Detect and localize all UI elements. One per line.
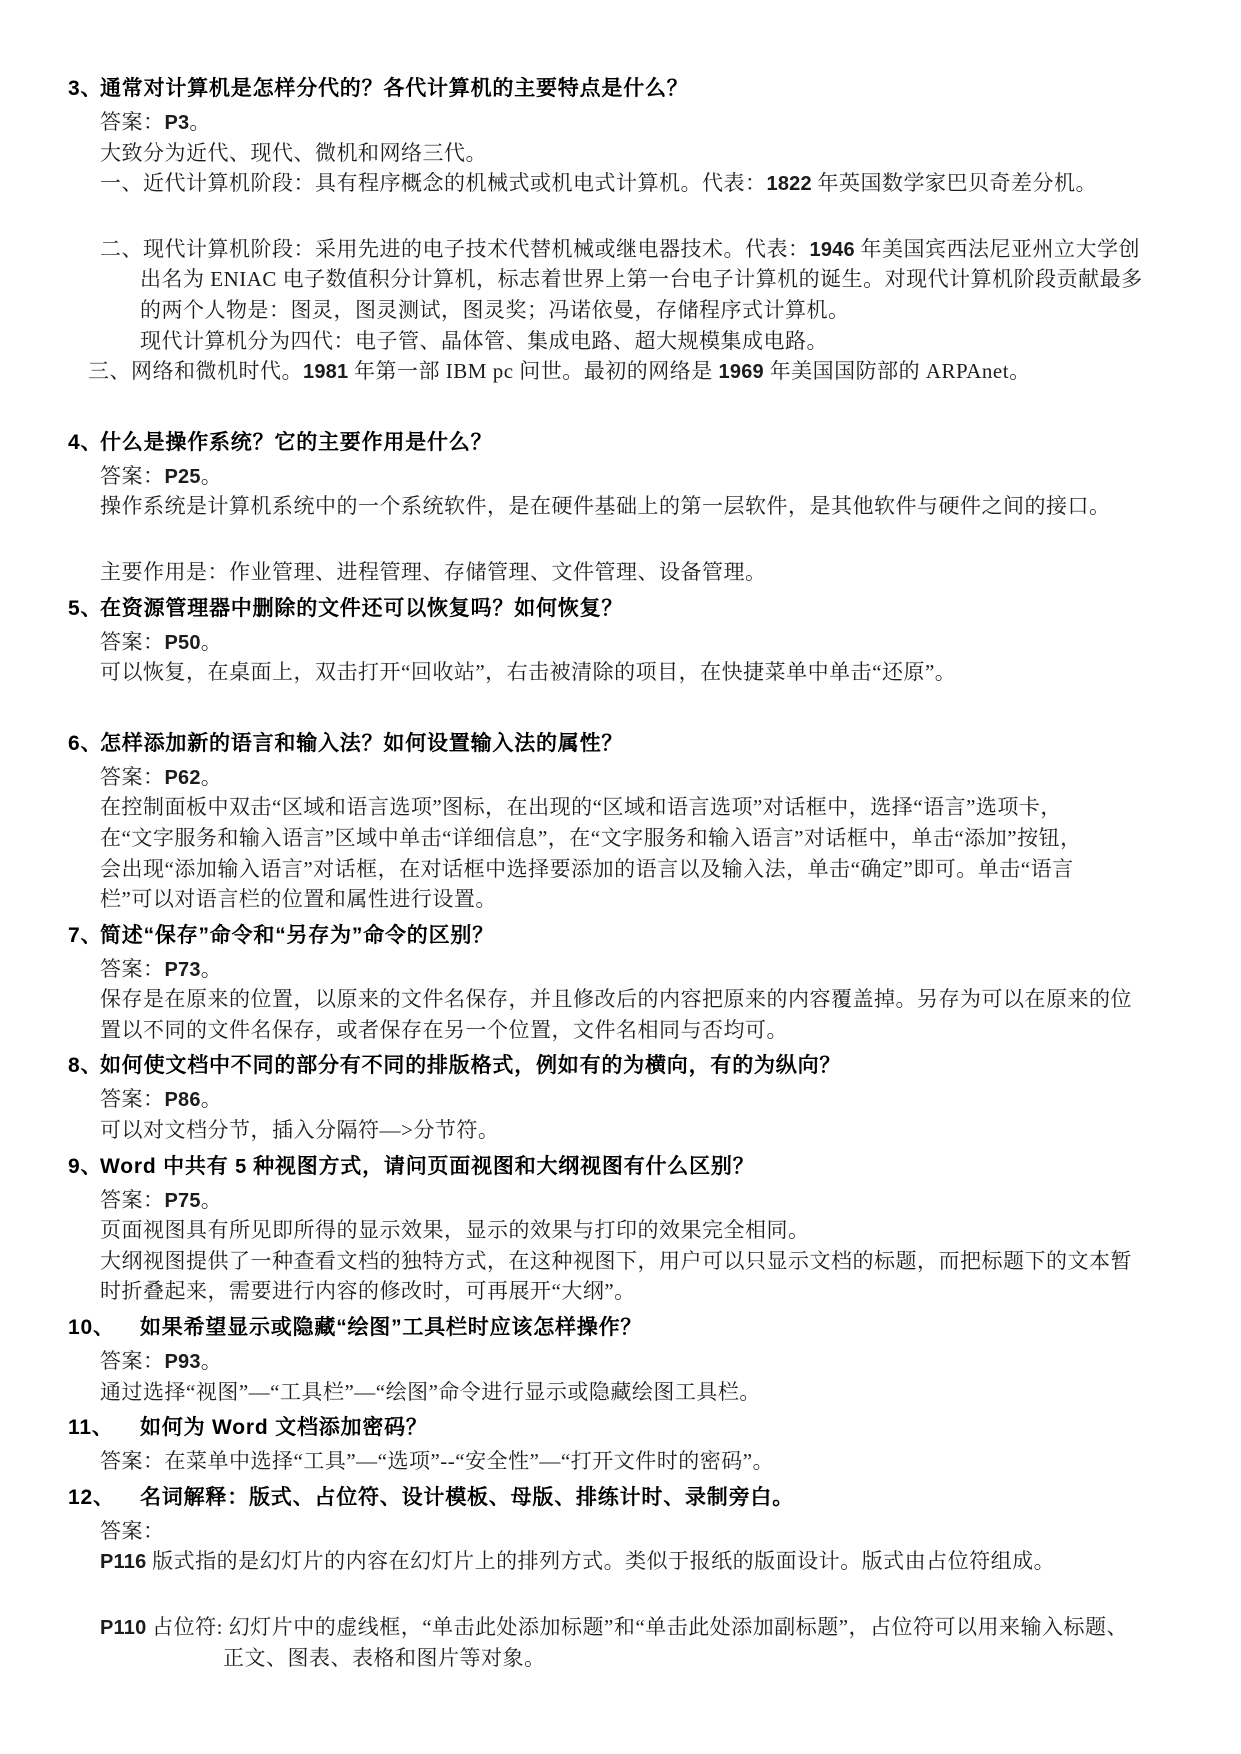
- text-line: 大纲视图提供了一种查看文档的独特方式，在这种视图下，用户可以只显示文档的标题，而…: [100, 1246, 1213, 1277]
- text-line: 操作系统是计算机系统中的一个系统软件，是在硬件基础上的第一层软件，是其他软件与硬…: [100, 491, 1213, 522]
- question-line: 5、在资源管理器中删除的文件还可以恢复吗？如何恢复？: [68, 593, 1213, 624]
- numeric-text: P75: [165, 1190, 201, 1212]
- question-title: 简述“保存”命令和“另存为”命令的区别？: [100, 924, 494, 947]
- text-line: 一、近代计算机阶段：具有程序概念的机械式或机电式计算机。代表：1822 年英国数…: [100, 168, 1213, 199]
- question-number: 7、: [68, 920, 100, 951]
- text-line: 现代计算机分为四代：电子管、晶体管、集成电路、超大规模集成电路。: [140, 326, 1213, 357]
- question-title: 在资源管理器中删除的文件还可以恢复吗？如何恢复？: [100, 597, 623, 620]
- blank-line: [68, 1577, 1213, 1612]
- text-line: 答案：P3。: [100, 107, 1213, 138]
- question-number: 8、: [68, 1050, 100, 1081]
- text-line: 时折叠起来，需要进行内容的修改时，可再展开“大纲”。: [100, 1276, 1213, 1307]
- question-title: Word 中共有 5 种视图方式，请问页面视图和大纲视图有什么区别？: [100, 1155, 755, 1178]
- question-number: 4、: [68, 427, 100, 458]
- question-title: 如果希望显示或隐藏“绘图”工具栏时应该怎样操作？: [140, 1316, 642, 1339]
- blank-line: [68, 688, 1213, 723]
- numeric-text: 1822: [767, 173, 812, 195]
- text-line: 大致分为近代、现代、微机和网络三代。: [100, 138, 1213, 169]
- text-line: 答案：P50。: [100, 627, 1213, 658]
- numeric-text: 1946: [810, 239, 855, 261]
- question-title: 如何为 Word 文档添加密码？: [140, 1416, 428, 1439]
- question-number: 10、: [68, 1312, 140, 1343]
- question-line: 8、如何使文档中不同的部分有不同的排版格式，例如有的为横向，有的为纵向？: [68, 1050, 1213, 1081]
- text-line: 答案：P25。: [100, 461, 1213, 492]
- text-line: 答案：P86。: [100, 1084, 1213, 1115]
- text-line: 答案：P75。: [100, 1185, 1213, 1216]
- text-line: 答案：P73。: [100, 954, 1213, 985]
- text-line: 置以不同的文件名保存，或者保存在另一个位置，文件名相同与否均可。: [100, 1015, 1213, 1046]
- numeric-text: P62: [165, 767, 201, 789]
- text-line: 正文、图表、表格和图片等对象。: [223, 1643, 1213, 1674]
- text-line: 答案：P62。: [100, 762, 1213, 793]
- question-title: 如何使文档中不同的部分有不同的排版格式，例如有的为横向，有的为纵向？: [100, 1054, 841, 1077]
- question-number: 5、: [68, 593, 100, 624]
- text-line: 会出现“添加输入语言”对话框，在对话框中选择要添加的语言以及输入法，单击“确定”…: [100, 854, 1213, 885]
- numeric-text: P116: [100, 1551, 146, 1573]
- numeric-text: P86: [165, 1089, 201, 1111]
- text-line: P116 版式指的是幻灯片的内容在幻灯片上的排列方式。类似于报纸的版面设计。版式…: [100, 1546, 1213, 1577]
- text-line: P110 占位符: 幻灯片中的虚线框，“单击此处添加标题”和“单击此处添加副标题…: [100, 1612, 1213, 1643]
- question-number: 9、: [68, 1151, 100, 1182]
- document-page: 3、通常对计算机是怎样分代的？各代计算机的主要特点是什么？答案：P3。大致分为近…: [0, 0, 1241, 1754]
- numeric-text: 1981: [303, 361, 348, 383]
- document-lines: 3、通常对计算机是怎样分代的？各代计算机的主要特点是什么？答案：P3。大致分为近…: [68, 73, 1213, 1673]
- text-line: 答案：在菜单中选择“工具”—“选项”--“安全性”—“打开文件时的密码”。: [100, 1446, 1213, 1477]
- text-line: 可以对文档分节，插入分隔符—>分节符。: [100, 1115, 1213, 1146]
- text-line: 在“文字服务和输入语言”区域中单击“详细信息”，在“文字服务和输入语言”对话框中…: [100, 823, 1213, 854]
- text-line: 三、网络和微机时代。1981 年第一部 IBM pc 问世。最初的网络是 196…: [88, 356, 1213, 387]
- numeric-text: 1969: [719, 361, 764, 383]
- text-line: 在控制面板中双击“区域和语言选项”图标，在出现的“区域和语言选项”对话框中，选择…: [100, 792, 1213, 823]
- numeric-text: P110: [100, 1617, 146, 1639]
- question-line: 12、名词解释：版式、占位符、设计模板、母版、排练计时、录制旁白。: [68, 1482, 1213, 1513]
- text-line: 页面视图具有所见即所得的显示效果，显示的效果与打印的效果完全相同。: [100, 1215, 1213, 1246]
- question-title: 怎样添加新的语言和输入法？如何设置输入法的属性？: [100, 732, 623, 755]
- question-number: 12、: [68, 1482, 140, 1513]
- blank-line: [68, 522, 1213, 557]
- question-line: 7、简述“保存”命令和“另存为”命令的区别？: [68, 920, 1213, 951]
- text-line: 二、现代计算机阶段：采用先进的电子技术代替机械或继电器技术。代表：1946 年美…: [100, 234, 1213, 265]
- text-line: 通过选择“视图”—“工具栏”—“绘图”命令进行显示或隐藏绘图工具栏。: [100, 1377, 1213, 1408]
- text-line: 栏”可以对语言栏的位置和属性进行设置。: [100, 884, 1213, 915]
- text-line: 答案：: [100, 1516, 1213, 1547]
- text-line: 的两个人物是：图灵，图灵测试，图灵奖；冯诺依曼，存储程序式计算机。: [140, 295, 1213, 326]
- question-title: 什么是操作系统？它的主要作用是什么？: [100, 431, 492, 454]
- blank-line: [68, 199, 1213, 234]
- text-line: 答案：P93。: [100, 1346, 1213, 1377]
- question-line: 11、如何为 Word 文档添加密码？: [68, 1412, 1213, 1443]
- question-number: 3、: [68, 73, 100, 104]
- numeric-text: P50: [165, 632, 201, 654]
- text-line: 可以恢复，在桌面上，双击打开“回收站”，右击被清除的项目，在快捷菜单中单击“还原…: [100, 657, 1213, 688]
- question-title: 通常对计算机是怎样分代的？各代计算机的主要特点是什么？: [100, 77, 689, 100]
- numeric-text: 5: [235, 1156, 246, 1178]
- numeric-text: P3: [165, 112, 190, 134]
- question-line: 6、怎样添加新的语言和输入法？如何设置输入法的属性？: [68, 728, 1213, 759]
- question-number: 11、: [68, 1412, 140, 1443]
- text-line: 出名为 ENIAC 电子数值积分计算机，标志着世界上第一台电子计算机的诞生。对现…: [140, 264, 1213, 295]
- text-line: 保存是在原来的位置，以原来的文件名保存，并且修改后的内容把原来的内容覆盖掉。另存…: [100, 984, 1213, 1015]
- numeric-text: P93: [165, 1351, 201, 1373]
- numeric-text: P73: [165, 959, 201, 981]
- question-number: 6、: [68, 728, 100, 759]
- numeric-text: P25: [165, 466, 201, 488]
- question-title: 名词解释：版式、占位符、设计模板、母版、排练计时、录制旁白。: [140, 1486, 794, 1509]
- text-line: 主要作用是：作业管理、进程管理、存储管理、文件管理、设备管理。: [100, 557, 1213, 588]
- question-line: 3、通常对计算机是怎样分代的？各代计算机的主要特点是什么？: [68, 73, 1213, 104]
- question-line: 4、什么是操作系统？它的主要作用是什么？: [68, 427, 1213, 458]
- question-line: 9、Word 中共有 5 种视图方式，请问页面视图和大纲视图有什么区别？: [68, 1151, 1213, 1182]
- question-line: 10、如果希望显示或隐藏“绘图”工具栏时应该怎样操作？: [68, 1312, 1213, 1343]
- blank-line: [68, 387, 1213, 422]
